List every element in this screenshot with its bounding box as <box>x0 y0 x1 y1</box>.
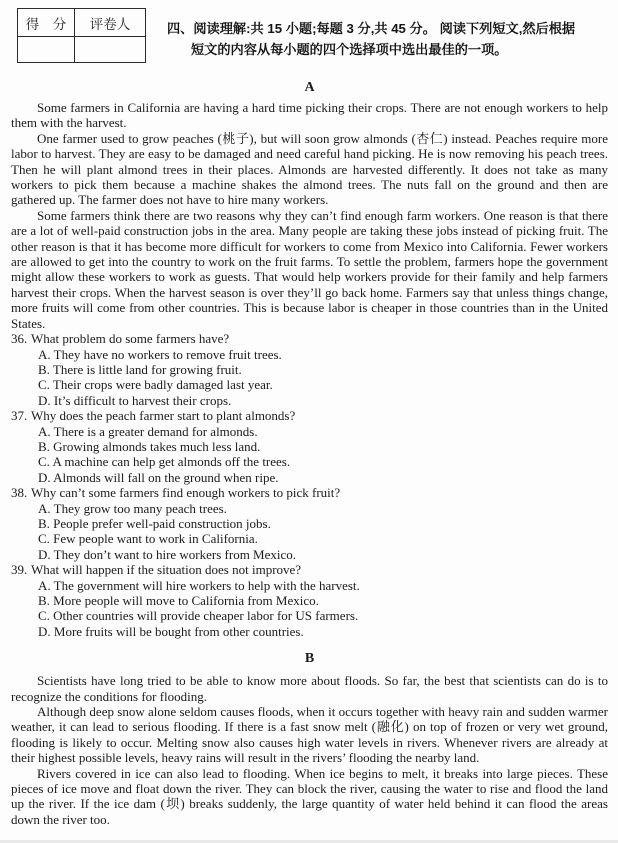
question-38-text: Why can’t some farmers find enough worke… <box>31 485 340 500</box>
question-39-option-a: A. The government will hire workers to h… <box>11 578 608 593</box>
question-39-number: 39. <box>11 562 28 577</box>
question-39-option-b: B. More people will move to California f… <box>11 593 608 608</box>
question-39: 39. What will happen if the situation do… <box>11 562 608 639</box>
page-header: 得 分 评卷人 四、阅读理解:共 15 小题;每题 3 分,共 45 分。 阅读… <box>11 8 608 63</box>
question-36-option-b: B. There is little land for growing frui… <box>11 362 608 377</box>
question-36-number: 36. <box>11 331 28 346</box>
question-39-option-d: D. More fruits will be bought from other… <box>11 624 608 639</box>
instruction-line-1: 四、阅读理解:共 15 小题;每题 3 分,共 45 分。 阅读下列短文,然后根… <box>167 18 608 39</box>
passage-a-paragraph-3: Some farmers think there are two reasons… <box>11 208 608 331</box>
passage-a-paragraph-2: One farmer used to grow peaches (桃子), bu… <box>11 131 608 208</box>
passage-b-paragraph-3: Rivers covered in ice can also lead to f… <box>11 766 608 828</box>
passage-a-paragraph-1: Some farmers in California are having a … <box>11 100 608 131</box>
passage-b-paragraph-2: Although deep snow alone seldom causes f… <box>11 704 608 766</box>
section-instructions: 四、阅读理解:共 15 小题;每题 3 分,共 45 分。 阅读下列短文,然后根… <box>167 8 608 60</box>
question-37-text: Why does the peach farmer start to plant… <box>31 408 295 423</box>
question-38-option-d: D. They don’t want to hire workers from … <box>11 547 608 562</box>
question-37: 37. Why does the peach farmer start to p… <box>11 408 608 485</box>
passage-b-label: B <box>11 651 608 666</box>
score-value-cell <box>18 37 75 63</box>
question-37-number: 37. <box>11 408 28 423</box>
question-37-option-d: D. Almonds will fall on the ground when … <box>11 470 608 485</box>
question-36-stem: 36. What problem do some farmers have? <box>11 331 608 346</box>
exam-page: 得 分 评卷人 四、阅读理解:共 15 小题;每题 3 分,共 45 分。 阅读… <box>0 0 618 843</box>
examiner-value-cell <box>75 37 146 63</box>
question-37-stem: 37. Why does the peach farmer start to p… <box>11 408 608 423</box>
question-36: 36. What problem do some farmers have? A… <box>11 331 608 408</box>
question-38-number: 38. <box>11 485 28 500</box>
instruction-line-2: 短文的内容从每小题的四个选择项中选出最佳的一项。 <box>191 39 608 60</box>
question-37-option-b: B. Growing almonds takes much less land. <box>11 439 608 454</box>
examiner-label-cell: 评卷人 <box>75 9 146 37</box>
passage-a-label: A <box>11 80 608 95</box>
question-38: 38. Why can’t some farmers find enough w… <box>11 485 608 562</box>
question-36-option-c: C. Their crops were badly damaged last y… <box>11 377 608 392</box>
score-table: 得 分 评卷人 <box>17 8 146 63</box>
score-label-cell: 得 分 <box>18 9 75 37</box>
question-39-option-c: C. Other countries will provide cheaper … <box>11 608 608 623</box>
question-38-option-a: A. They grow too many peach trees. <box>11 501 608 516</box>
passage-b-paragraph-1: Scientists have long tried to be able to… <box>11 673 608 704</box>
question-38-option-b: B. People prefer well-paid construction … <box>11 516 608 531</box>
question-37-option-a: A. There is a greater demand for almonds… <box>11 424 608 439</box>
question-37-option-c: C. A machine can help get almonds off th… <box>11 454 608 469</box>
question-39-stem: 39. What will happen if the situation do… <box>11 562 608 577</box>
question-38-stem: 38. Why can’t some farmers find enough w… <box>11 485 608 500</box>
question-38-option-c: C. Few people want to work in California… <box>11 531 608 546</box>
question-36-text: What problem do some farmers have? <box>31 331 229 346</box>
question-39-text: What will happen if the situation does n… <box>31 562 301 577</box>
question-36-option-d: D. It’s difficult to harvest their crops… <box>11 393 608 408</box>
question-36-option-a: A. They have no workers to remove fruit … <box>11 347 608 362</box>
